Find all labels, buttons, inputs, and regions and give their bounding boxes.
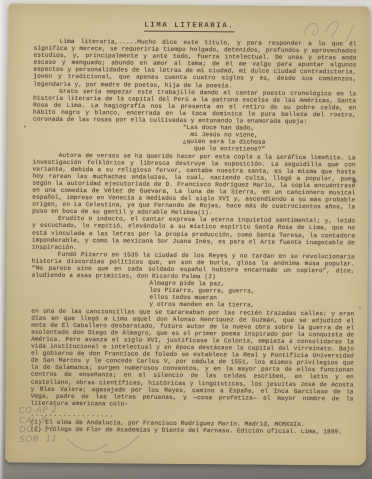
- scanner-edge-highlight: [0, 0, 4, 479]
- verse-quote-las-doce: “Las doce han dado, mi Jesús no viene, ¿…: [183, 124, 356, 154]
- paragraph-erudito: Erudito o indocto, el cantar expresa la …: [32, 215, 355, 253]
- paragraph-pizarro: Fundó Pizarro en 1535 la ciudad de los R…: [32, 250, 355, 281]
- pencil-scribble-icon: [296, 12, 356, 53]
- ink-stain: [24, 126, 26, 128]
- essay-body: Lima literaria,.....Mucho dice este títu…: [30, 38, 356, 436]
- paragraph-colonia: en una de las cancioncillas que se tarar…: [30, 307, 354, 409]
- page-title-text: LIMA LITERARIA.: [144, 22, 234, 33]
- ink-stain: [358, 306, 361, 308]
- archive-code-annotation: CO-AP 2 CAJ. 9 DOC-11 SOB. 11: [19, 406, 58, 445]
- pencil-checkmark-icon: [63, 429, 143, 458]
- scanned-document-background: { "colors": { "paper": "#cdc098", "ink":…: [0, 0, 372, 479]
- ink-stain: [352, 178, 356, 183]
- archive-code-line: SOB. 11: [20, 435, 58, 445]
- verse-quote-almagro: Almagro pide la paz, los Pizarro, guerra…: [149, 280, 354, 310]
- paragraph-santa-rosa: Grato sería empezar este trabajillo dand…: [33, 87, 356, 125]
- typescript-page: LIMA LITERARIA. Lima literaria,.....Much…: [5, 3, 370, 465]
- paragraph-seguidilla: Autora de versos se ha querido hacer por…: [32, 151, 356, 218]
